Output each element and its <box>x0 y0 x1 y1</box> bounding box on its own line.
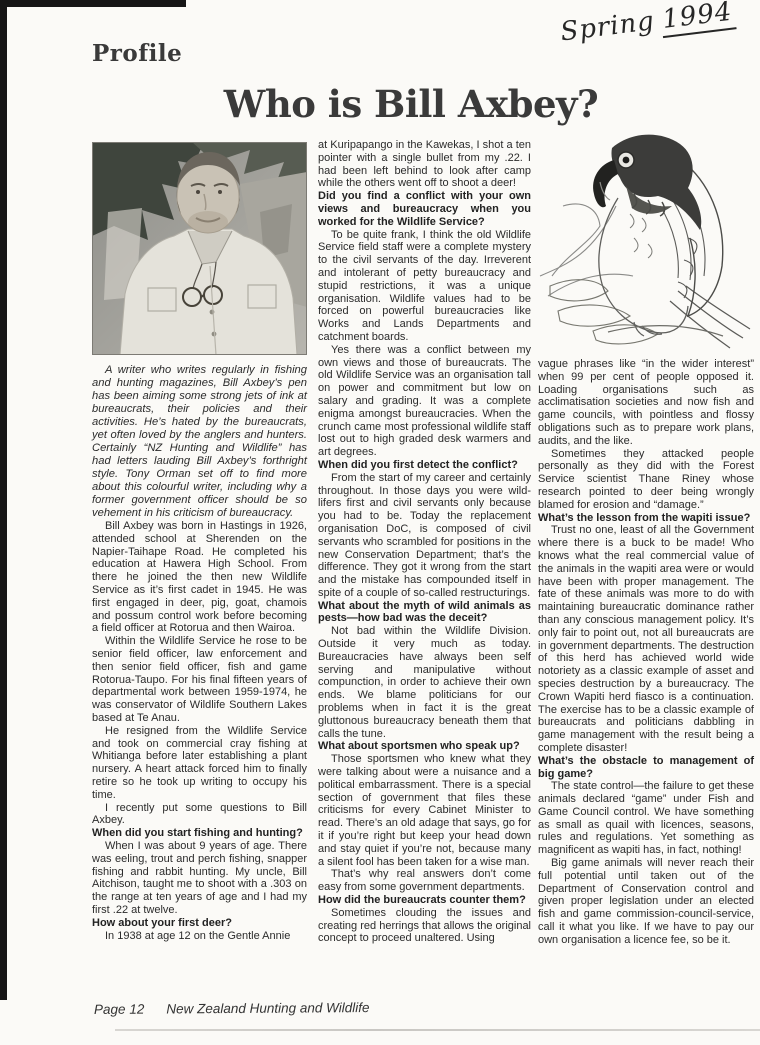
column-left: A writer who writes regularly in fishing… <box>92 142 307 942</box>
section-label: Profile <box>92 40 182 67</box>
handwritten-year: 1994 <box>659 0 737 38</box>
question-heading: When did you start fishing and hunting? <box>92 827 307 840</box>
column-middle: at Kuripapango in the Kawekas, I shot a … <box>318 139 531 945</box>
handwritten-season: Spring <box>559 6 657 47</box>
photo-caption: A writer who writes regularly in fishing… <box>92 364 307 520</box>
paragraph: Sometimes they attacked people personall… <box>538 448 754 512</box>
question-heading: How did the bureaucrats counter them? <box>318 894 531 907</box>
paragraph: In 1938 at age 12 on the Gentle Annie <box>92 930 307 943</box>
paragraph: I recently put some questions to Bill Ax… <box>92 802 307 828</box>
paragraph: Those sportsmen who knew what they were … <box>318 753 531 868</box>
page-footer: Page 12New Zealand Hunting and Wildlife <box>94 1000 370 1017</box>
paragraph: Yes there was a conflict between my own … <box>318 344 531 459</box>
column-right: vague phrases like “in the wider interes… <box>538 126 754 947</box>
bill-axbey-photo <box>92 142 307 355</box>
page-bottom-edge <box>115 1029 760 1031</box>
paragraph: From the start of my career and certainl… <box>318 472 531 600</box>
paragraph: Sometimes clouding the issues and creati… <box>318 907 531 945</box>
paragraph: The state control—the failure to get the… <box>538 780 754 857</box>
question-heading: How about your first deer? <box>92 917 307 930</box>
question-heading: Did you find a conflict with your own vi… <box>318 190 531 228</box>
magazine-page: Spring1994 Profile Who is Bill Axbey? <box>0 0 760 1045</box>
paragraph: Trust no one, least of all the Governmen… <box>538 524 754 754</box>
question-heading: What’s the lesson from the wapiti issue? <box>538 512 754 525</box>
question-heading: What’s the obstacle to management of big… <box>538 755 754 781</box>
scan-artifact-top <box>0 0 186 7</box>
paragraph: Big game animals will never reach their … <box>538 857 754 947</box>
scan-artifact-left <box>0 0 7 1000</box>
paragraph: Bill Axbey was born in Hastings in 1926,… <box>92 520 307 635</box>
page-title: Who is Bill Axbey? <box>0 82 760 126</box>
handwritten-date: Spring1994 <box>559 0 751 47</box>
question-heading: When did you first detect the conflict? <box>318 459 531 472</box>
paragraph: vague phrases like “in the wider interes… <box>538 358 754 448</box>
paragraph: When I was about 9 years of age. There w… <box>92 840 307 917</box>
paragraph: at Kuripapango in the Kawekas, I shot a … <box>318 139 531 190</box>
question-heading: What about the myth of wild animals as p… <box>318 600 531 626</box>
paragraph: Within the Wildlife Service he rose to b… <box>92 635 307 725</box>
question-heading: What about sportsmen who speak up? <box>318 740 531 753</box>
footer-magazine-title: New Zealand Hunting and Wildlife <box>166 1000 369 1016</box>
paragraph: That’s why real answers don’t come easy … <box>318 868 531 894</box>
paragraph: To be quite frank, I think the old Wildl… <box>318 229 531 344</box>
paragraph: He resigned from the Wildlife Service an… <box>92 725 307 802</box>
footer-page-number: Page 12 <box>94 1002 144 1017</box>
paragraph: Not bad within the Wildlife Division. Ou… <box>318 625 531 740</box>
kea-sketch-illustration <box>538 126 754 356</box>
